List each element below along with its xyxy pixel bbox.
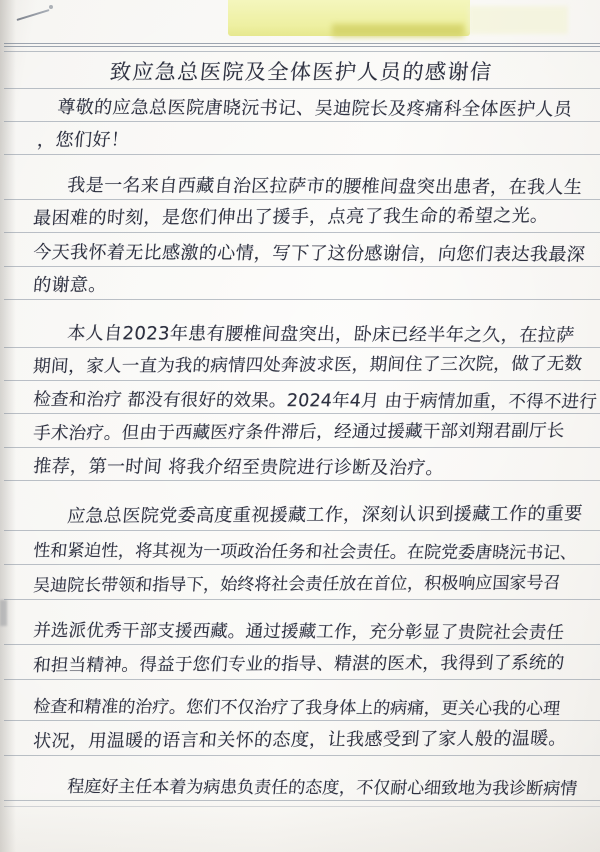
letter-line: 吴迪院长带领和指导下，始终将社会责任放在首位，积极响应国家号召: [32, 569, 562, 600]
letter-line: 推荐，第一时间 将我介绍至贵院进行诊断及治疗。: [32, 453, 445, 483]
header-rule: [4, 43, 600, 44]
pen-scratch-dot: [49, 5, 53, 9]
letter-line: 尊敬的应急总医院唐晓沅书记、吴迪院长及疼痛科全体医护人员: [56, 94, 574, 124]
letter-line: 应急总医院党委高度重视援藏工作，深刻认识到援藏工作的重要: [66, 500, 584, 531]
letter-line: ，您们好！: [36, 127, 130, 155]
letter-line: 期间，家人一直为我的病情四处奔波求医，期间住了三次院，做了无数: [32, 350, 583, 381]
letter-line: 本人自2023年患有腰椎间盘突出，卧床已经半年之久，在拉萨: [66, 320, 576, 350]
letter-line: 状况，用温暖的语言和关怀的态度，让我感受到了家人般的温暖。: [32, 725, 568, 756]
letter-line: 我是一名来自西藏自治区拉萨市的腰椎间盘突出患者，在我人生: [66, 172, 584, 202]
letter-line: 手术治疗。但由于西藏医疗条件滞后，经通过援藏干部刘翔君副厅长: [32, 417, 566, 448]
ruled-line: [4, 806, 600, 807]
yellow-highlight-smudge: [332, 24, 464, 37]
page-edge-shadow: [0, 0, 16, 852]
letter-line: 最困难的时刻，是您们伸出了援手，点亮了我生命的希望之光。: [32, 202, 550, 233]
letter-line: 今天我怀着无比感激的心情，写下了这份感谢信，向您们表达我最深: [32, 239, 586, 269]
letter-title: 致应急总医院及全体医护人员的感谢信: [109, 58, 494, 86]
yellow-highlight-faint: [468, 6, 568, 34]
letter-line: 和担当精神。得益于您们专业的指导、精湛的医术，我得到了系统的: [32, 649, 566, 680]
header-rule: [4, 46, 600, 47]
letter-line: 的谢意。: [32, 272, 108, 300]
letter-line: 性和紧迫性，将其视为一项政治任务和社会责任。在院党委唐晓沅书记、: [32, 537, 578, 567]
letter-line: 检查和精准的治疗。您们不仅治疗了我身体上的病痛，更关心我的心理: [32, 693, 561, 723]
letter-line: 并选派优秀干部支援西藏。通过援藏工作，充分彰显了贵院社会责任: [32, 617, 565, 647]
letter-line: 检查和治疗 都没有很好的效果。2024年4月 由于病情加重，不得不进行: [32, 386, 598, 416]
letter-photo: 致应急总医院及全体医护人员的感谢信 尊敬的应急总医院唐晓沅书记、吴迪院长及疼痛科…: [0, 0, 600, 852]
letter-line: 程庭好主任本着为病患负责任的态度，不仅耐心细致地为我诊断病情: [66, 773, 578, 803]
margin-smudge: [0, 600, 7, 626]
ruled-line: [4, 88, 600, 89]
header-rule: [4, 51, 600, 52]
pen-scratch-icon: [16, 9, 49, 21]
